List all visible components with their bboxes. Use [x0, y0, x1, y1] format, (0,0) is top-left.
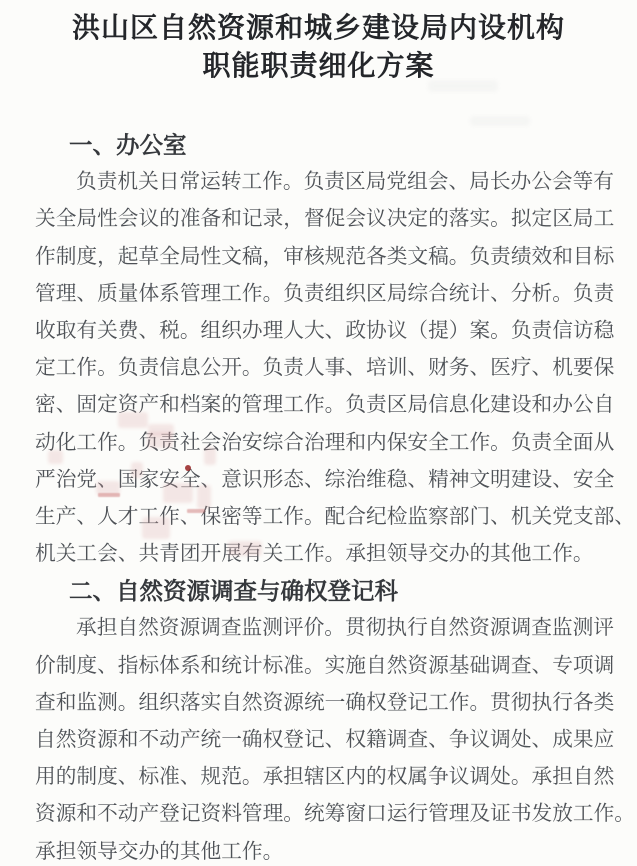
body-line: 收取有关费、税。组织办理人大、政协议（提）案。负责信访稳 — [35, 313, 614, 350]
body-line: 关全局性会议的准备和记录，督促会议决定的落实。拟定区局工 — [35, 201, 614, 238]
document-title-line-2: 职能职责细化方案 — [0, 48, 637, 86]
body-line: 承担领导交办的其他工作。 — [35, 834, 614, 866]
document-title: 洪山区自然资源和城乡建设局内设机构 职能职责细化方案 — [0, 10, 637, 86]
body-line: 价制度、指标体系和统计标准。实施自然资源基础调查、专项调 — [35, 648, 614, 685]
body-line: 机关工会、共青团开展有关工作。承担领导交办的其他工作。 — [35, 536, 614, 573]
section-heading-survey-registration: 二、自然资源调查与确权登记科 — [35, 573, 614, 610]
body-line: 管理、质量体系管理工作。负责组织区局综合统计、分析。负责 — [35, 276, 614, 313]
body-line: 生产、人才工作、保密等工作。配合纪检监察部门、机关党支部、 — [35, 499, 614, 536]
body-line: 资源和不动产登记资料管理。统筹窗口运行管理及证书发放工作。 — [35, 796, 614, 833]
body-line: 用的制度、标准、规范。承担辖区内的权属争议调处。承担自然 — [35, 759, 614, 796]
scanned-document-page: 洪山区自然资源和城乡建设局内设机构 职能职责细化方案 一、办公室 负责机关日常运… — [0, 0, 637, 866]
body-line: 承担自然资源调查监测评价。贯彻执行自然资源调查监测评 — [35, 610, 614, 647]
body-line: 作制度，起草全局性文稿，审核规范各类文稿。负责绩效和目标 — [35, 239, 614, 276]
body-line: 查和监测。组织落实自然资源统一确权登记工作。贯彻执行各类 — [35, 685, 614, 722]
body-line: 定工作。负责信息公开。负责人事、培训、财务、医疗、机要保 — [35, 350, 614, 387]
body-line: 动化工作。负责社会治安综合治理和内保安全工作。负责全面从 — [35, 425, 614, 462]
body-line: 负责机关日常运转工作。负责区局党组会、局长办公会等有 — [35, 164, 614, 201]
body-line: 严治党、国家安全、意识形态、综治维稳、精神文明建设、安全 — [35, 462, 614, 499]
document-body: 一、办公室 负责机关日常运转工作。负责区局党组会、局长办公会等有 关全局性会议的… — [35, 127, 614, 866]
body-line: 自然资源和不动产统一确权登记、权籍调查、争议调处、成果应 — [35, 722, 614, 759]
body-line: 密、固定资产和档案的管理工作。负责区局信息化建设和办公自 — [35, 387, 614, 424]
scan-smudge — [470, 116, 530, 126]
document-title-line-1: 洪山区自然资源和城乡建设局内设机构 — [0, 10, 637, 48]
section-heading-office: 一、办公室 — [35, 127, 614, 164]
